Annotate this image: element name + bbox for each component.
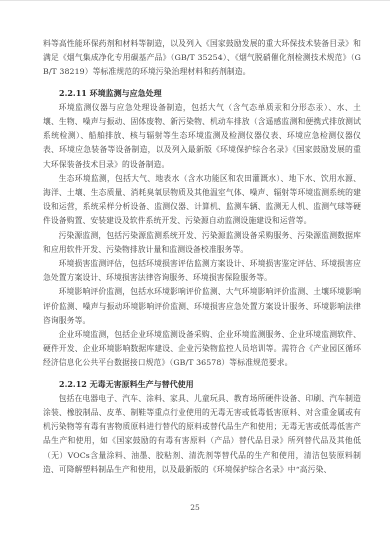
- page-body: 料等高性能环保药剂和材料等制造，以及列入《国家鼓励发展的重大环保技术装备目录》和…: [43, 37, 361, 477]
- paragraph-environment-damage-assessment: 环境损害监测评估，包括环境损害评估监测方案设计、环境损害鉴定评估、环境损害应急处…: [43, 257, 361, 285]
- paragraph-continuation: 料等高性能环保药剂和材料等制造，以及列入《国家鼓励发展的重大环保技术装备目录》和…: [43, 37, 361, 80]
- document-page: { "document": { "page_number": "25", "bl…: [0, 0, 390, 552]
- section-heading-2-2-12: 2.2.12 无毒无害原料生产与替代使用: [43, 377, 361, 391]
- paragraph-eia-monitoring: 环境影响评价监测，包括水环境影响评价监测、大气环境影响评价监测、土壤环境影响评价…: [43, 285, 361, 328]
- paragraph-nontoxic-materials: 包括在电器电子、汽车、涂料、家具、儿童玩具、教育场所硬件设备、印刷、汽车制造涂装…: [43, 392, 361, 477]
- page-number: 25: [0, 503, 390, 512]
- paragraph-enterprise-monitoring: 企业环境监测，包括企业环境监测设备采购、企业环境监测服务、企业环境监测软件、硬件…: [43, 328, 361, 371]
- paragraph-monitoring-equipment: 环境监测仪器与应急处理设备制造，包括大气（含气态单质汞和分形态汞）、水、土壤、生…: [43, 101, 361, 172]
- section-heading-2-2-11: 2.2.11 环境监测与应急处理: [43, 86, 361, 100]
- paragraph-pollution-source-monitoring: 污染源监测，包括污染源监测系统开发、污染源监测设备采购服务、污染源监测数据库和应…: [43, 229, 361, 257]
- paragraph-eco-environment-monitoring: 生态环境监测，包括大气、地表水（含水功能区和农田灌溉水）、地下水、饮用水源、海洋…: [43, 172, 361, 229]
